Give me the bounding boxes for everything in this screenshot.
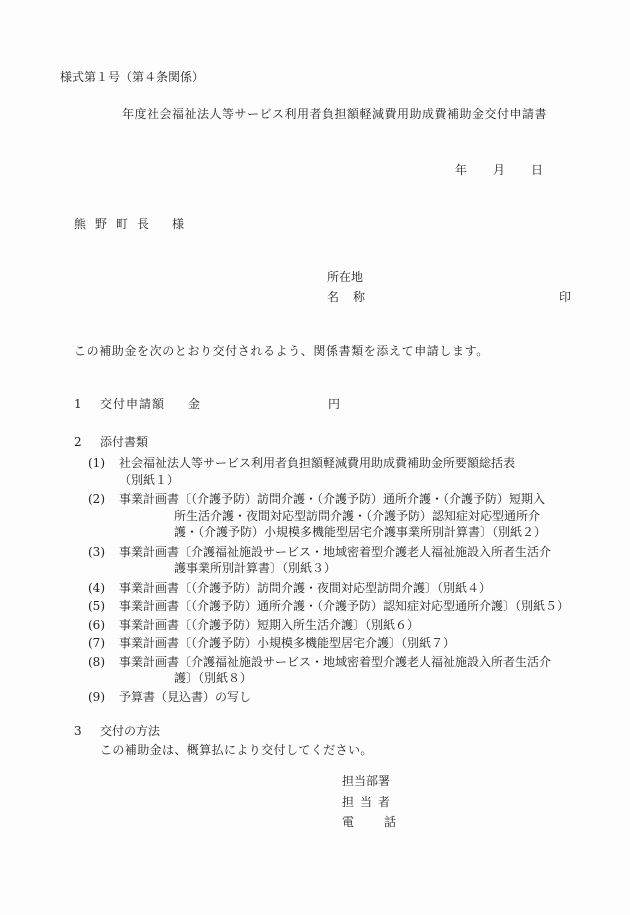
contact-department-label: 担当部署 bbox=[342, 775, 390, 787]
item-number: (7) bbox=[88, 635, 119, 652]
section-heading: 交付申請額 bbox=[100, 398, 188, 410]
section-payment-method: 3交付の方法 bbox=[74, 725, 160, 737]
item-text: （別紙１） bbox=[119, 472, 515, 489]
date-month-label: 月 bbox=[493, 164, 531, 176]
payment-method-text: この補助金は、概算払により交付してください。 bbox=[100, 744, 373, 756]
addressee: 熊野町長様 bbox=[74, 218, 184, 230]
item-number: (8) bbox=[88, 654, 119, 687]
attachment-list: (1) 社会福祉法人等サービス利用者負担額軽減費用助成費補助金所要額総括表 （別… bbox=[88, 455, 608, 705]
document-title: 年度社会福祉法人等サービス利用者負担額軽減費用助成費補助金交付申請書 bbox=[122, 108, 547, 120]
contact-phone-label: 電話 bbox=[342, 816, 396, 828]
item-number: (9) bbox=[88, 689, 119, 706]
list-item: (4) 事業計画書〔（介護予防）訪問介護・夜間対応型訪問介護〕（別紙４） bbox=[88, 580, 608, 597]
item-text: 事業計画書〔（介護予防）短期入所生活介護〕（別紙６） bbox=[119, 617, 419, 634]
item-text: 事業計画書〔介護福祉施設サービス・地域密着型介護老人福祉施設入所者生活介 bbox=[119, 544, 551, 561]
item-number: (3) bbox=[88, 544, 119, 577]
list-item: (6) 事業計画書〔（介護予防）短期入所生活介護〕（別紙６） bbox=[88, 617, 608, 634]
applicant-name-label: 名称 bbox=[327, 291, 365, 303]
item-text: 所生活介護・夜間対応型訪問介護・（介護予防）認知症対応型通所介 bbox=[119, 508, 546, 525]
list-item: (3) 事業計画書〔介護福祉施設サービス・地域密着型介護老人福祉施設入所者生活介… bbox=[88, 544, 608, 577]
amount-prefix: 金 bbox=[188, 398, 328, 410]
list-item: (8) 事業計画書〔介護福祉施設サービス・地域密着型介護老人福祉施設入所者生活介… bbox=[88, 654, 608, 687]
section-number: 2 bbox=[74, 436, 100, 448]
item-text: 事業計画書〔（介護予防）訪問介護・夜間対応型訪問介護〕（別紙４） bbox=[119, 580, 491, 597]
list-item: (2) 事業計画書〔（介護予防）訪問介護・（介護予防）通所介護・（介護予防）短期… bbox=[88, 491, 608, 541]
applicant-address-label: 所在地 bbox=[327, 271, 363, 283]
list-item: (9) 予算書（見込書）の写し bbox=[88, 689, 608, 706]
item-text: 護〕（別紙８） bbox=[119, 670, 551, 687]
application-date: 年月日 bbox=[455, 164, 543, 176]
section-heading: 添付書類 bbox=[100, 435, 148, 449]
item-text: 社会福祉法人等サービス利用者負担額軽減費用助成費補助金所要額総括表 bbox=[119, 455, 515, 472]
name-label-char-2: 称 bbox=[353, 290, 365, 304]
addressee-name: 熊野町長 bbox=[74, 217, 158, 231]
section-number: 3 bbox=[74, 725, 100, 737]
item-text: 事業計画書〔（介護予防）通所介護・（介護予防）認知症対応型通所介護〕（別紙５） bbox=[119, 598, 569, 615]
amount-suffix: 円 bbox=[328, 397, 340, 411]
form-number-label: 様式第１号（第４条関係） bbox=[60, 71, 204, 83]
section-application-amount: 1交付申請額金円 bbox=[74, 398, 340, 410]
intro-statement: この補助金を次のとおり交付されるよう、関係書類を添えて申請します。 bbox=[74, 345, 489, 357]
section-number: 1 bbox=[74, 398, 100, 410]
list-item: (5) 事業計画書〔（介護予防）通所介護・（介護予防）認知症対応型通所介護〕（別… bbox=[88, 598, 608, 615]
item-number: (4) bbox=[88, 580, 119, 597]
date-day-label: 日 bbox=[531, 164, 543, 176]
item-text: 護事業所別計算書〕（別紙３） bbox=[119, 560, 551, 577]
list-item: (7) 事業計画書〔（介護予防）小規模多機能型居宅介護〕（別紙７） bbox=[88, 635, 608, 652]
phone-label-char-2: 話 bbox=[384, 815, 396, 829]
item-number: (1) bbox=[88, 455, 119, 488]
item-number: (2) bbox=[88, 491, 119, 541]
item-number: (6) bbox=[88, 617, 119, 634]
addressee-honorific: 様 bbox=[172, 217, 184, 231]
seal-label: 印 bbox=[559, 291, 571, 303]
item-text: 護・（介護予防）小規模多機能型居宅介護事業所別計算書〕（別紙２） bbox=[119, 524, 546, 541]
date-year-label: 年 bbox=[455, 164, 493, 176]
item-number: (5) bbox=[88, 598, 119, 615]
section-heading: 交付の方法 bbox=[100, 724, 160, 738]
list-item: (1) 社会福祉法人等サービス利用者負担額軽減費用助成費補助金所要額総括表 （別… bbox=[88, 455, 608, 488]
section-attachments: 2添付書類 bbox=[74, 436, 148, 448]
item-text: 事業計画書〔（介護予防）訪問介護・（介護予防）通所介護・（介護予防）短期入 bbox=[119, 491, 546, 508]
item-text: 予算書（見込書）の写し bbox=[119, 689, 251, 706]
name-label-char-1: 名 bbox=[327, 290, 339, 304]
item-text: 事業計画書〔介護福祉施設サービス・地域密着型介護老人福祉施設入所者生活介 bbox=[119, 654, 551, 671]
phone-label-char-1: 電 bbox=[342, 815, 354, 829]
item-text: 事業計画書〔（介護予防）小規模多機能型居宅介護〕（別紙７） bbox=[119, 635, 455, 652]
contact-person-label: 担当者 bbox=[342, 796, 396, 808]
